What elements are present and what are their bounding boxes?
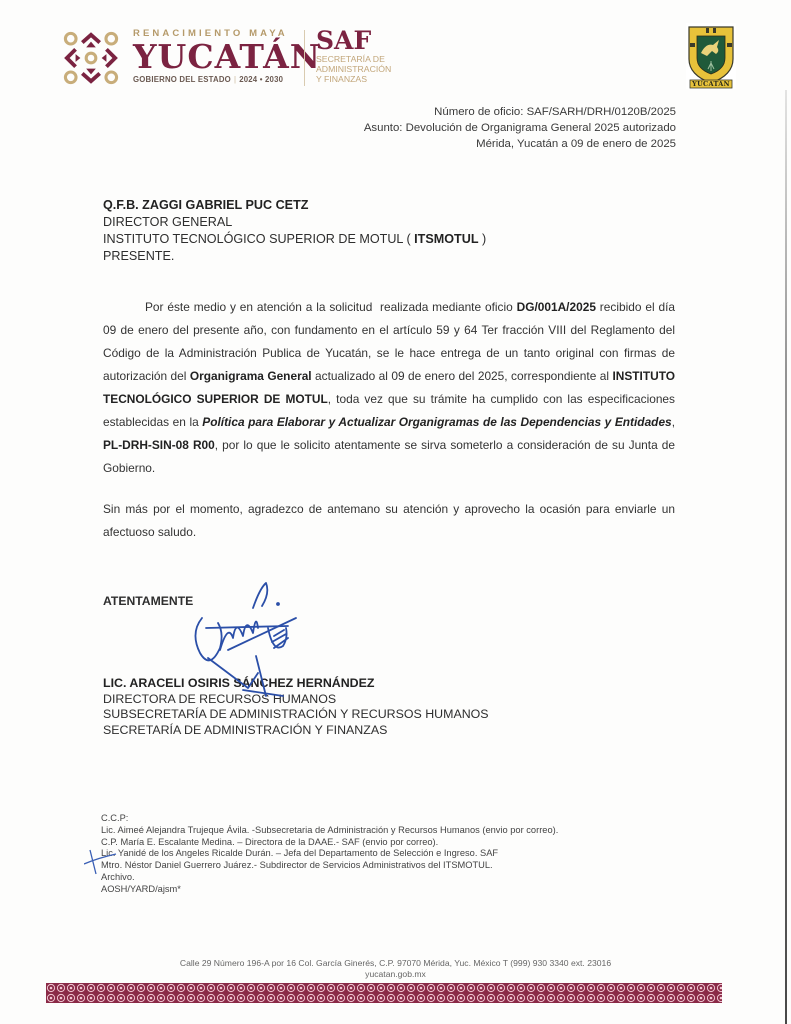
policy-code: PL-DRH-SIN-08 R00 bbox=[103, 438, 215, 452]
brand-subtitle-separator: | bbox=[234, 75, 236, 84]
recipient-title: DIRECTOR GENERAL bbox=[103, 214, 486, 231]
ccp-recipient: C.P. María E. Escalante Medina. – Direct… bbox=[101, 837, 558, 849]
brand-subtitle: GOBIERNO DEL ESTADO|2024 • 2030 bbox=[133, 75, 303, 84]
brand-subtitle-years: 2024 • 2030 bbox=[239, 75, 283, 84]
salutation: PRESENTE. bbox=[103, 248, 486, 265]
footer-address: Calle 29 Número 196-A por 16 Col. García… bbox=[0, 958, 791, 969]
agency-name-line: ADMINISTRACIÓN bbox=[316, 64, 391, 74]
ccp-block: C.C.P: Lic. Aimeé Alejandra Trujeque Ávi… bbox=[101, 813, 558, 896]
place-date: Mérida, Yucatán a 09 de enero de 2025 bbox=[364, 136, 676, 152]
ccp-archive: Archivo. bbox=[101, 872, 558, 884]
decorative-pattern-band bbox=[46, 983, 722, 1003]
signer-agency: SECRETARÍA DE ADMINISTRACIÓN Y FINANZAS bbox=[103, 723, 489, 739]
agency-name-line: SECRETARÍA DE bbox=[316, 54, 391, 64]
handwritten-check-mark-icon bbox=[84, 846, 120, 876]
request-oficio-number: DG/001A/2025 bbox=[517, 300, 596, 314]
recipient-name: Q.F.B. ZAGGI GABRIEL PUC CETZ bbox=[103, 197, 486, 214]
document-name: Organigrama General bbox=[190, 369, 312, 383]
signer-department: SUBSECRETARÍA DE ADMINISTRACIÓN Y RECURS… bbox=[103, 707, 489, 723]
text: actualizado al 09 de enero del 2025, cor… bbox=[312, 369, 613, 383]
ccp-label: C.C.P: bbox=[101, 813, 558, 825]
agency-name-line: Y FINANZAS bbox=[316, 74, 391, 84]
closing: ATENTAMENTE bbox=[103, 594, 193, 608]
ccp-recipient: Lic. Aimeé Alejandra Trujeque Ávila. -Su… bbox=[101, 825, 558, 837]
text: , bbox=[672, 415, 675, 429]
header-divider bbox=[304, 30, 305, 86]
subject-line: Asunto: Devolución de Organigrama Genera… bbox=[364, 120, 676, 136]
recipient-block: Q.F.B. ZAGGI GABRIEL PUC CETZ DIRECTOR G… bbox=[103, 197, 486, 265]
text: Por éste medio y en atención a la solici… bbox=[145, 300, 517, 314]
paren-close: ) bbox=[479, 232, 487, 246]
institution-name: INSTITUTO TECNOLÓGICO SUPERIOR DE MOTUL bbox=[103, 232, 403, 246]
agency-acronym: SAF bbox=[316, 28, 391, 54]
policy-name: Política para Elaborar y Actualizar Orga… bbox=[202, 415, 671, 429]
institution-acronym: ITSMOTUL bbox=[414, 232, 478, 246]
body-paragraph-1: Por éste medio y en atención a la solici… bbox=[103, 296, 675, 480]
handwritten-signature-icon bbox=[188, 578, 318, 703]
scan-edge-line bbox=[785, 90, 787, 1024]
body-paragraph-2: Sin más por el momento, agradezco de ant… bbox=[103, 498, 675, 544]
reference-block: Número de oficio: SAF/SARH/DRH/0120B/202… bbox=[364, 104, 676, 152]
ccp-initials: AOSH/YARD/ajsm* bbox=[101, 884, 558, 896]
footer-website[interactable]: yucatan.gob.mx bbox=[0, 969, 791, 980]
recipient-institution: INSTITUTO TECNOLÓGICO SUPERIOR DE MOTUL … bbox=[103, 231, 486, 248]
brand-block: RENACIMIENTO MAYA YUCATÁN GOBIERNO DEL E… bbox=[133, 28, 303, 84]
agency-block: SAF SECRETARÍA DE ADMINISTRACIÓN Y FINAN… bbox=[316, 28, 391, 84]
ccp-recipient: Lic. Yanidé de los Angeles Ricalde Durán… bbox=[101, 848, 558, 860]
footer: Calle 29 Número 196-A por 16 Col. García… bbox=[0, 958, 791, 980]
brand-subtitle-left: GOBIERNO DEL ESTADO bbox=[133, 75, 231, 84]
crest-label: YUCATAN bbox=[689, 80, 733, 88]
yucatan-logo-icon bbox=[62, 30, 120, 86]
oficio-number: Número de oficio: SAF/SARH/DRH/0120B/202… bbox=[364, 104, 676, 120]
brand-name: YUCATÁN bbox=[133, 40, 303, 73]
ccp-recipient: Mtro. Néstor Daniel Guerrero Juárez.- Su… bbox=[101, 860, 558, 872]
paren-open: ( bbox=[403, 232, 414, 246]
